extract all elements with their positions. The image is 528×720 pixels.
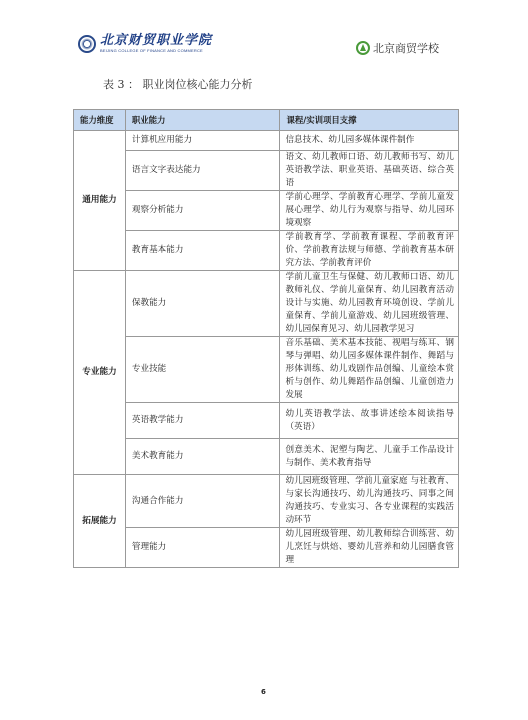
table-row: 拓展能力 沟通合作能力 幼儿园班级管理、学前儿童家庭 与社教育、与家长沟通技巧、… xyxy=(74,475,459,528)
ability-cell: 沟通合作能力 xyxy=(125,475,280,528)
header-courses: 课程/实训项目支撑 xyxy=(280,110,459,131)
ability-table: 能力维度 职业能力 课程/实训项目支撑 通用能力 计算机应用能力 信息技术、幼儿… xyxy=(73,109,459,568)
table-row: 英语教学能力 幼儿英语教学法、故事讲述绘本阅读指导（英语） xyxy=(74,403,459,439)
courses-cell: 音乐基础、美术基本技能、视唱与练耳、钢琴与弹唱、幼儿园多媒体课件制作、舞蹈与形体… xyxy=(280,337,459,403)
courses-cell: 学前教育学、学前教育课程、学前教育评价、学前教育法规与师德、学前教育基本研究方法… xyxy=(280,231,459,271)
college-logo: 北京财贸职业学院 BEIJING COLLEGE OF FINANCE AND … xyxy=(78,34,212,53)
table-row: 教育基本能力 学前教育学、学前教育课程、学前教育评价、学前教育法规与师德、学前教… xyxy=(74,231,459,271)
courses-cell: 学前儿童卫生与保健、幼儿教师口语、幼儿教师礼仪、学前儿童保育、幼儿园教育活动设计… xyxy=(280,271,459,337)
courses-cell: 信息技术、幼儿园多媒体课件制作 xyxy=(280,131,459,151)
ability-cell: 计算机应用能力 xyxy=(125,131,280,151)
table-row: 语言文字表达能力 语文、幼儿教师口语、幼儿教师书写、幼儿英语教学法、职业英语、基… xyxy=(74,151,459,191)
table-row: 专业技能 音乐基础、美术基本技能、视唱与练耳、钢琴与弹唱、幼儿园多媒体课件制作、… xyxy=(74,337,459,403)
college-name-cn: 北京财贸职业学院 xyxy=(100,34,212,48)
tree-icon xyxy=(356,41,370,55)
header-ability: 职业能力 xyxy=(125,110,280,131)
table-row: 专业能力 保教能力 学前儿童卫生与保健、幼儿教师口语、幼儿教师礼仪、学前儿童保育… xyxy=(74,271,459,337)
ability-cell: 英语教学能力 xyxy=(125,403,280,439)
dimension-cell: 专业能力 xyxy=(74,271,126,475)
school-logo: 北京商贸学校 xyxy=(356,40,439,56)
header-dimension: 能力维度 xyxy=(74,110,126,131)
ability-cell: 观察分析能力 xyxy=(125,191,280,231)
dimension-cell: 通用能力 xyxy=(74,131,126,271)
ability-cell: 保教能力 xyxy=(125,271,280,337)
ability-cell: 教育基本能力 xyxy=(125,231,280,271)
courses-cell: 幼儿英语教学法、故事讲述绘本阅读指导（英语） xyxy=(280,403,459,439)
table-row: 观察分析能力 学前心理学、学前教育心理学、学前儿童发展心理学、幼儿行为观察与指导… xyxy=(74,191,459,231)
courses-cell: 幼儿园班级管理、幼儿教师综合训练营、幼儿烹饪与烘焙、婴幼儿营养和幼儿园膳食管理 xyxy=(280,528,459,568)
ability-cell: 专业技能 xyxy=(125,337,280,403)
ability-cell: 管理能力 xyxy=(125,528,280,568)
courses-cell: 创意美术、泥塑与陶艺、儿童手工作品设计与制作、美术教育指导 xyxy=(280,439,459,475)
table-row: 美术教育能力 创意美术、泥塑与陶艺、儿童手工作品设计与制作、美术教育指导 xyxy=(74,439,459,475)
school-name: 北京商贸学校 xyxy=(373,40,439,56)
dimension-cell: 拓展能力 xyxy=(74,475,126,568)
ability-cell: 美术教育能力 xyxy=(125,439,280,475)
college-name-en: BEIJING COLLEGE OF FINANCE AND COMMERCE xyxy=(100,48,212,53)
courses-cell: 学前心理学、学前教育心理学、学前儿童发展心理学、幼儿行为观察与指导、幼儿园环境观… xyxy=(280,191,459,231)
college-emblem-icon xyxy=(78,35,96,53)
courses-cell: 幼儿园班级管理、学前儿童家庭 与社教育、与家长沟通技巧、幼儿沟通技巧、同事之间沟… xyxy=(280,475,459,528)
table-caption: 表 3 ： 职业岗位核心能力分析 xyxy=(103,76,253,92)
table-row: 管理能力 幼儿园班级管理、幼儿教师综合训练营、幼儿烹饪与烘焙、婴幼儿营养和幼儿园… xyxy=(74,528,459,568)
table-header-row: 能力维度 职业能力 课程/实训项目支撑 xyxy=(74,110,459,131)
courses-cell: 语文、幼儿教师口语、幼儿教师书写、幼儿英语教学法、职业英语、基础英语、综合英语 xyxy=(280,151,459,191)
ability-cell: 语言文字表达能力 xyxy=(125,151,280,191)
page-number: 6 xyxy=(261,688,266,696)
table-row: 通用能力 计算机应用能力 信息技术、幼儿园多媒体课件制作 xyxy=(74,131,459,151)
